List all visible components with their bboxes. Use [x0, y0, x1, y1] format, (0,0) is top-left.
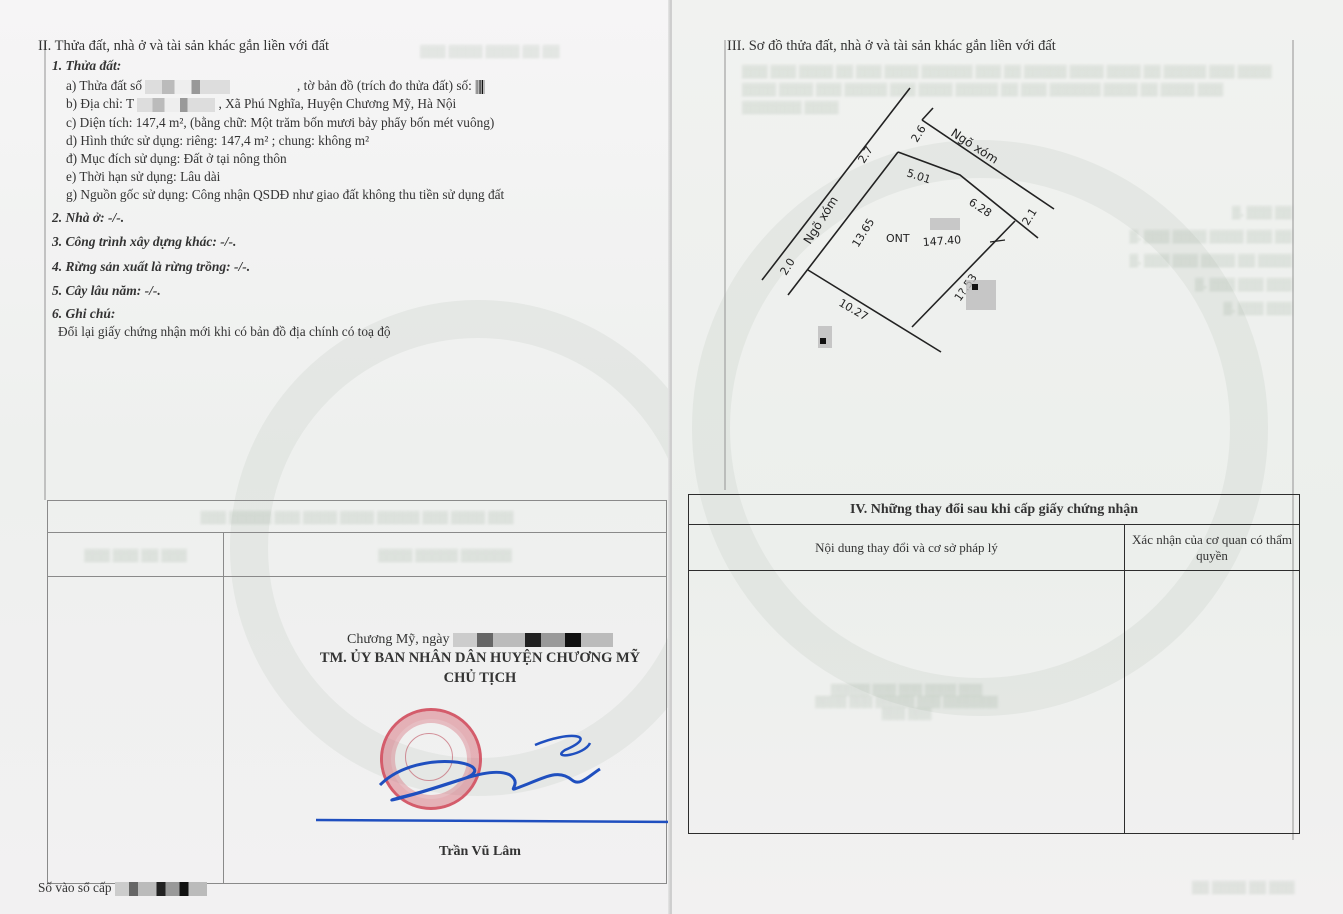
redacted-neighbor: [818, 326, 832, 348]
redacted-parcel-number: [145, 80, 230, 94]
page-frame-line: [44, 40, 46, 500]
road-width-label: 2.7: [856, 144, 876, 166]
column-header-confirm: Xác nhận của cơ quan có thẩm quyền: [1125, 525, 1300, 571]
register-number-label: Số vào sổ cấp: [38, 880, 112, 895]
place-date-line: Chương Mỹ, ngày: [280, 632, 680, 648]
road-label: Ngõ xóm: [801, 194, 841, 247]
bleed-through-text: ▒▒ ▒▒▒▒ ▒▒ ▒▒▒: [1192, 880, 1295, 895]
signature-icon: [310, 725, 690, 835]
signature-block: Chương Mỹ, ngày TM. ỦY BAN NHÂN DÂN HUYỆ…: [280, 632, 680, 687]
land-type-label: ONT: [886, 232, 910, 245]
bleed-through-header: ▒▒▒ ▒▒▒▒▒ ▒▒▒ ▒▒▒▒ ▒▒▒▒ ▒▒▒▒▒ ▒▒▒ ▒▒▒▒ ▒…: [48, 501, 667, 533]
bleed-through-cell: ▒▒▒ ▒▒▒ ▒▒ ▒▒▒: [48, 533, 224, 577]
notes-text: Đổi lại giấy chứng nhận mới khi có bản đ…: [58, 324, 391, 340]
section-ii-title: II. Thửa đất, nhà ở và tài sản khác gắn …: [38, 38, 329, 55]
usage-origin-line: g) Nguồn gốc sử dụng: Công nhận QSDĐ như…: [66, 187, 504, 203]
authority-confirm-cell: [1125, 571, 1300, 834]
signer-name: Trần Vũ Lâm: [380, 844, 580, 860]
edge-length-label: 13.65: [850, 216, 878, 250]
changes-table-title: IV. Những thay đổi sau khi cấp giấy chứn…: [689, 495, 1300, 525]
bleed-through-cell: ▒▒▒▒ ▒▒▒▒▒ ▒▒▒▒▒▒: [224, 533, 667, 577]
redacted-date: [453, 633, 613, 647]
redacted-parcel-id: [930, 218, 960, 230]
address-label: b) Địa chỉ: T: [66, 96, 134, 111]
road-label: Ngõ xóm: [948, 126, 1001, 167]
section-iii-title: III. Sơ đồ thửa đất, nhà ở và tài sản kh…: [727, 38, 1056, 55]
area-line: c) Diện tích: 147,4 m², (bằng chữ: Một t…: [66, 115, 494, 131]
address-value: , Xã Phú Nghĩa, Huyện Chương Mỹ, Hà Nội: [219, 96, 457, 111]
org-line: TM. ỦY BAN NHÂN DÂN HUYỆN CHƯƠNG MỸ: [280, 650, 680, 667]
redacted-register-number: [115, 882, 207, 896]
parcel-number-label: a) Thửa đất số: [66, 78, 142, 93]
redacted-address: [137, 98, 215, 112]
bleed-through-text: ▒▒▒ ▒▒▒▒ ▒▒▒▒ ▒▒ ▒▒: [420, 44, 560, 59]
signer-title: CHỦ TỊCH: [280, 670, 680, 687]
empty-cell: [48, 577, 224, 884]
changes-content-cell: ▒▒▒▒▒ ▒▒▒ ▒▒▒ ▒▒▒▒ ▒▒▒▒▒▒▒ ▒▒▒ ▒▒▒▒▒ ▒▒▒…: [689, 571, 1125, 834]
usage-term-line: e) Thời hạn sử dụng: Lâu dài: [66, 169, 220, 185]
usage-form-line: d) Hình thức sử dụng: riêng: 147,4 m² ; …: [66, 133, 369, 149]
certificate-page-left: II. Thửa đất, nhà ở và tài sản khác gắn …: [0, 0, 672, 914]
map-sheet-label: , tờ bản đồ (trích đo thửa đất) số:: [297, 78, 472, 93]
notes-heading: 6. Ghi chú:: [52, 306, 115, 322]
road-width-label: 2.6: [909, 123, 929, 145]
place-date-label: Chương Mỹ, ngày: [347, 632, 450, 647]
perennial-trees-item: 5. Cây lâu năm: -/-.: [52, 283, 161, 299]
edge-length-label: 5.01: [905, 166, 932, 186]
register-number-line: Số vào sổ cấp: [38, 880, 207, 896]
road-width-label: 2.1: [1020, 206, 1040, 228]
changes-table: IV. Những thay đổi sau khi cấp giấy chứn…: [688, 494, 1300, 834]
parcel-number-line: a) Thửa đất số , tờ bản đồ (trích đo thử…: [66, 78, 485, 94]
certificate-page-right: III. Sơ đồ thửa đất, nhà ở và tài sản kh…: [672, 0, 1343, 914]
road-width-label: 2.0: [778, 256, 798, 278]
usage-purpose-line: đ) Mục đích sử dụng: Đất ở tại nông thôn: [66, 151, 287, 167]
production-forest-item: 4. Rừng sản xuất là rừng trồng: -/-.: [52, 259, 250, 275]
parcel-diagram: 2.0 2.7 2.6 2.1 Ngõ xóm Ngõ xóm 5.01 6.2…: [760, 80, 1060, 370]
bleed-through-text: ▒. ▒▒▒ ▒▒▒. ▒▒▒ ▒▒▒▒ ▒▒▒▒ ▒▒▒ ▒▒▒. ▒▒▒ ▒…: [1072, 200, 1292, 320]
redacted-neighbor: [966, 280, 996, 310]
parcel-area-label: 147.40: [922, 233, 961, 249]
edge-length-label: 10.27: [837, 296, 871, 323]
house-item: 2. Nhà ở: -/-.: [52, 210, 124, 226]
address-line: b) Địa chỉ: T , Xã Phú Nghĩa, Huyện Chươ…: [66, 96, 456, 112]
column-header-content: Nội dung thay đổi và cơ sở pháp lý: [689, 525, 1125, 571]
other-construction-item: 3. Công trình xây dựng khác: -/-.: [52, 234, 236, 250]
page-frame-line: [724, 40, 726, 490]
land-parcel-heading: 1. Thửa đất:: [52, 58, 121, 74]
redacted-map-sheet: [475, 80, 485, 94]
